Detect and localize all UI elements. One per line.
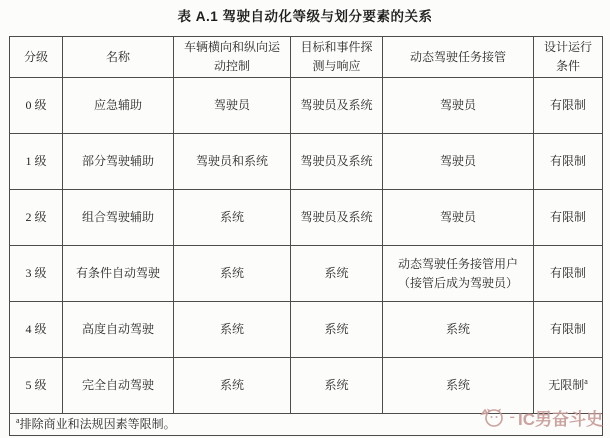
table-cell: 系统 xyxy=(174,302,291,358)
table-row-level-0: 0 级 应急辅助 驾驶员 驾驶员及系统 驾驶员 有限制 xyxy=(10,78,603,134)
name-cell: 组合驾驶辅助 xyxy=(63,190,174,246)
table-cell: 驾驶员及系统 xyxy=(291,190,383,246)
name-cell: 高度自动驾驶 xyxy=(63,302,174,358)
table-cell: 有限制 xyxy=(534,190,603,246)
table-caption: 表 A.1 驾驶自动化等级与划分要素的关系 xyxy=(0,5,610,25)
table-row-level-3: 3 级 有条件自动驾驶 系统 系统 动态驾驶任务接管用户（接管后成为驾驶员） 有… xyxy=(10,246,603,302)
table-cell: 有限制 xyxy=(534,78,603,134)
table-cell: 动态驾驶任务接管用户（接管后成为驾驶员） xyxy=(383,246,534,302)
col-header-motion-control: 车辆横向和纵向运动控制 xyxy=(174,37,291,78)
footnote-text: 排除商业和法规因素等限制。 xyxy=(20,417,176,431)
table-cell: 驾驶员及系统 xyxy=(291,78,383,134)
col-header-level: 分级 xyxy=(10,37,63,78)
level-cell: 1 级 xyxy=(10,134,63,190)
level-cell: 0 级 xyxy=(10,78,63,134)
col-header-name: 名称 xyxy=(63,37,174,78)
footnote-marker: a xyxy=(584,377,588,386)
table-row-level-2: 2 级 组合驾驶辅助 系统 驾驶员及系统 驾驶员 有限制 xyxy=(10,190,603,246)
table-cell: 系统 xyxy=(291,358,383,414)
table-cell: 有限制 xyxy=(534,134,603,190)
level-cell: 3 级 xyxy=(10,246,63,302)
level-cell: 5 级 xyxy=(10,358,63,414)
table-cell: 驾驶员及系统 xyxy=(291,134,383,190)
name-cell: 部分驾驶辅助 xyxy=(63,134,174,190)
table-cell: 驾驶员 xyxy=(383,78,534,134)
level-cell: 2 级 xyxy=(10,190,63,246)
name-cell: 完全自动驾驶 xyxy=(63,358,174,414)
watermark-dash: - xyxy=(509,407,515,427)
col-header-task-takeover: 动态驾驶任务接管 xyxy=(383,37,534,78)
table-cell: 驾驶员 xyxy=(174,78,291,134)
header-row: 分级 名称 车辆横向和纵向运动控制 目标和事件探测与响应 动态驾驶任务接管 设计… xyxy=(10,37,603,78)
table-cell: 有限制 xyxy=(534,246,603,302)
table-cell: 驾驶员和系统 xyxy=(174,134,291,190)
name-cell: 应急辅助 xyxy=(63,78,174,134)
table-cell: 驾驶员 xyxy=(383,190,534,246)
table-cell: 系统 xyxy=(174,190,291,246)
col-header-object-event-detection: 目标和事件探测与响应 xyxy=(291,37,383,78)
table-cell: 系统 xyxy=(174,246,291,302)
table-cell: 驾驶员 xyxy=(383,134,534,190)
table-row-level-4: 4 级 高度自动驾驶 系统 系统 系统 有限制 xyxy=(10,302,603,358)
cell-text: 无限制 xyxy=(548,378,584,392)
automation-levels-table: 分级 名称 车辆横向和纵向运动控制 目标和事件探测与响应 动态驾驶任务接管 设计… xyxy=(9,36,603,436)
table-cell: 系统 xyxy=(383,302,534,358)
name-cell: 有条件自动驾驶 xyxy=(63,246,174,302)
watermark: - IC男奋斗史 xyxy=(480,403,603,431)
mascot-logo-icon xyxy=(480,404,506,430)
table-cell: 系统 xyxy=(174,358,291,414)
table-row-level-1: 1 级 部分驾驶辅助 驾驶员和系统 驾驶员及系统 驾驶员 有限制 xyxy=(10,134,603,190)
level-cell: 4 级 xyxy=(10,302,63,358)
watermark-text: IC男奋斗史 xyxy=(518,405,603,430)
table-cell: 有限制 xyxy=(534,302,603,358)
table-cell: 系统 xyxy=(291,246,383,302)
col-header-design-operating-condition: 设计运行条件 xyxy=(534,37,603,78)
table-cell: 系统 xyxy=(291,302,383,358)
